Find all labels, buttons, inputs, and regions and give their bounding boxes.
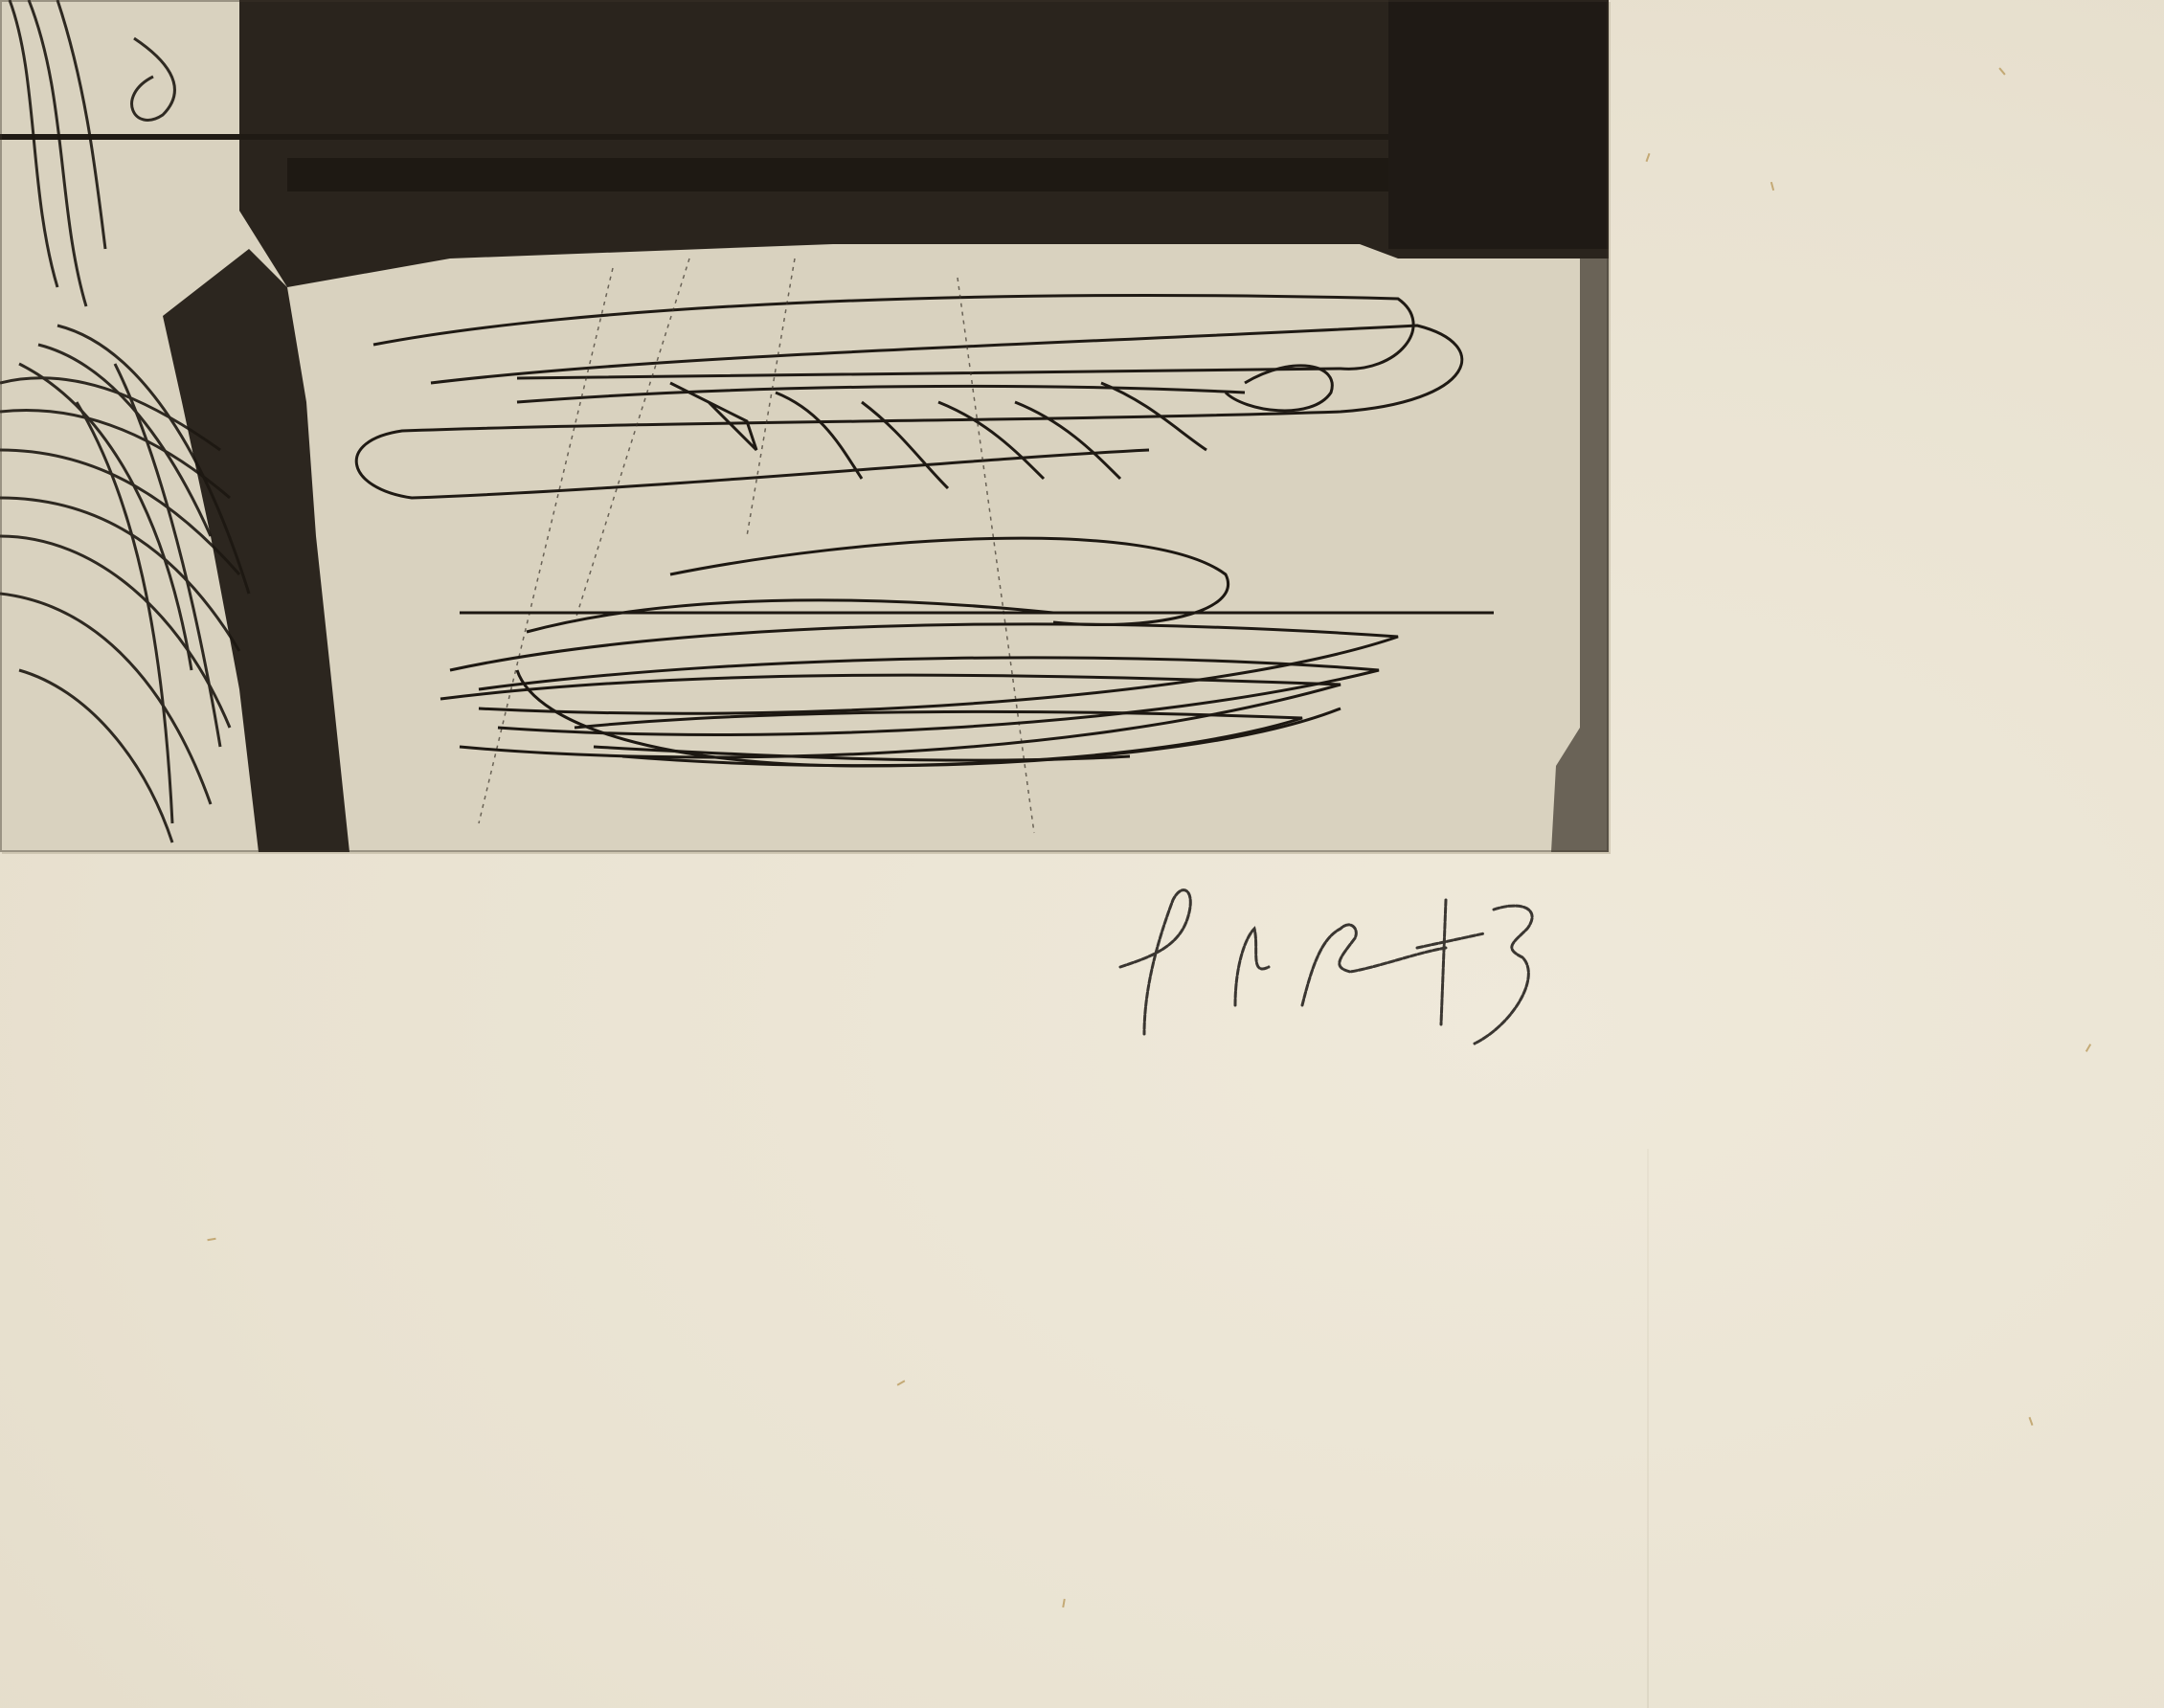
paper-sheet: Fritz — [0, 0, 2164, 1708]
etching-image — [0, 0, 1609, 852]
paper-fleck — [1770, 182, 1774, 191]
paper-fleck — [1646, 153, 1651, 162]
paper-fleck — [2085, 1044, 2091, 1052]
paper-fleck — [207, 1238, 215, 1242]
paper-fleck — [897, 1380, 906, 1385]
etched-plate — [0, 0, 1609, 852]
paper-crease — [1647, 1149, 1649, 1708]
artist-signature: Fritz — [1092, 862, 1589, 1053]
paper-fleck — [1062, 1599, 1066, 1607]
paper-fleck — [1998, 67, 2005, 75]
paper-fleck — [2029, 1417, 2034, 1426]
